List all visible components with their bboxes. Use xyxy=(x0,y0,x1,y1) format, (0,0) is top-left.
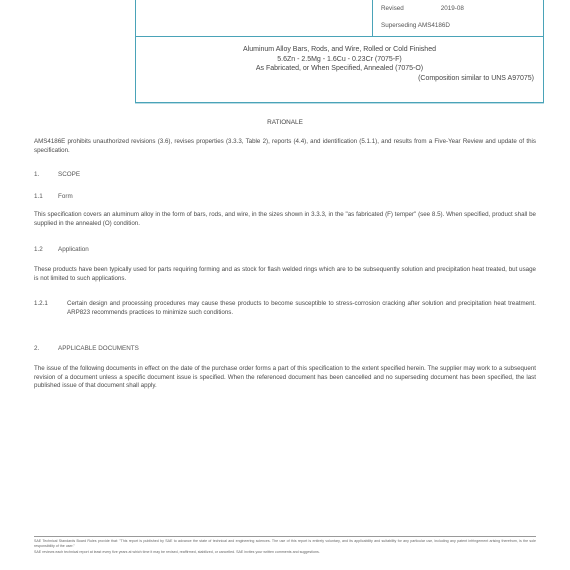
section-1-2-heading: 1.2Application xyxy=(34,246,89,253)
revised-row: Revised 2019-08 xyxy=(381,5,464,12)
section-number: 2. xyxy=(34,345,58,352)
section-1-1-heading: 1.1Form xyxy=(34,193,73,200)
footer-notice-1: SAE Technical Standards Board Rules prov… xyxy=(34,539,536,548)
superseding-row: Superseding AMS4186D xyxy=(381,22,450,29)
section-1-heading: 1.SCOPE xyxy=(34,171,80,178)
superseding-label: Superseding xyxy=(381,22,416,29)
applicable-documents-text: The issue of the following documents in … xyxy=(34,365,536,391)
superseding-value: AMS4186D xyxy=(418,22,450,29)
title-line-3: As Fabricated, or When Specified, Anneal… xyxy=(136,64,543,74)
section-number: 1. xyxy=(34,171,58,178)
application-note-text: Certain design and processing procedures… xyxy=(67,300,536,317)
revised-value: 2019-08 xyxy=(441,5,464,12)
rationale-heading: RATIONALE xyxy=(0,119,570,126)
title-line-1: Aluminum Alloy Bars, Rods, and Wire, Rol… xyxy=(136,45,543,55)
header-divider xyxy=(372,0,373,36)
section-title: Form xyxy=(58,193,73,200)
document-title-box: Aluminum Alloy Bars, Rods, and Wire, Rol… xyxy=(135,36,544,103)
application-text: These products have been typically used … xyxy=(34,266,536,283)
section-title: SCOPE xyxy=(58,171,80,178)
section-number: 1.1 xyxy=(34,193,58,200)
footer-notice-2: SAE reviews each technical report at lea… xyxy=(34,550,536,555)
section-number: 1.2.1 xyxy=(34,300,48,309)
section-title: APPLICABLE DOCUMENTS xyxy=(58,345,139,352)
footer-divider xyxy=(34,536,536,537)
composition-note: (Composition similar to UNS A97075) xyxy=(136,74,543,84)
document-header-box xyxy=(135,0,544,36)
section-number: 1.2 xyxy=(34,246,58,253)
form-text: This specification covers an aluminum al… xyxy=(34,211,536,228)
title-line-2: 5.6Zn - 2.5Mg - 1.6Cu - 0.23Cr (7075-F) xyxy=(136,55,543,65)
rationale-text: AMS4186E prohibits unauthorized revision… xyxy=(34,138,536,155)
section-2-heading: 2.APPLICABLE DOCUMENTS xyxy=(34,345,139,352)
revised-label: Revised xyxy=(381,5,439,12)
section-1-2-1: 1.2.1 Certain design and processing proc… xyxy=(34,300,536,317)
section-title: Application xyxy=(58,246,89,253)
